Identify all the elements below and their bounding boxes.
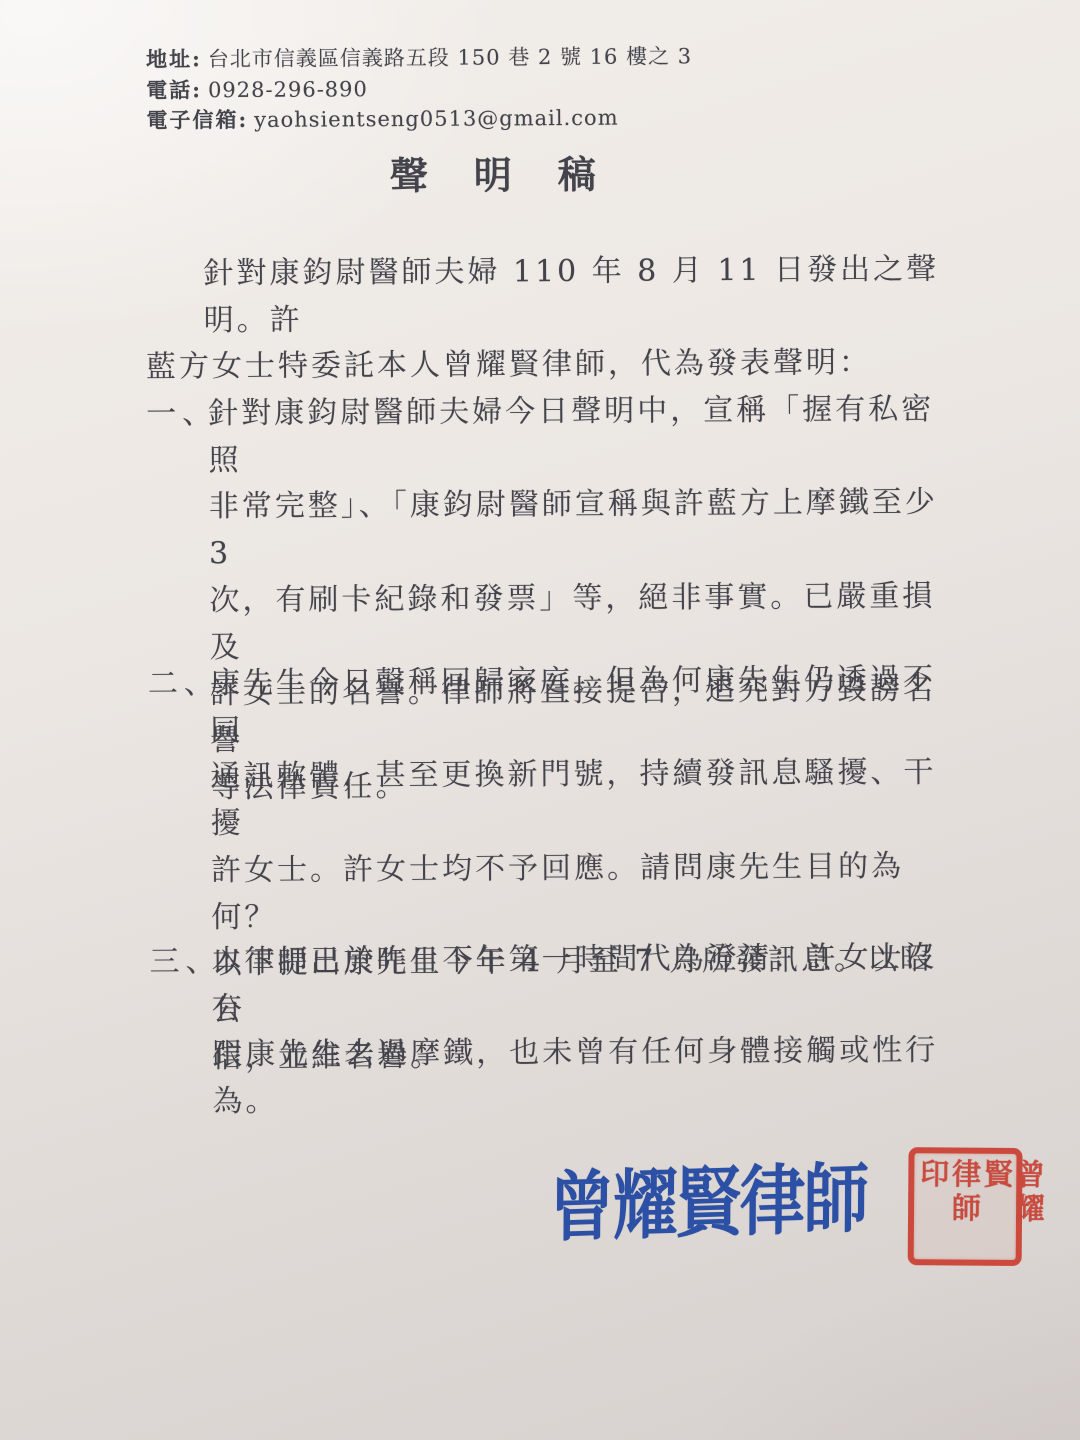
- email-value: yaohsientseng0513@gmail.com: [248, 106, 618, 132]
- phone-line: 電話:0928-296-890: [146, 72, 692, 106]
- address-value: 台北市信義區信義路五段 150 巷 2 號 16 樓之 3: [202, 44, 692, 71]
- item-3-line-2: 跟康先生去過摩鐵，也未曾有任何身體接觸或性行為。: [212, 1028, 951, 1126]
- item-2-line-1: 康先生今日聲稱回歸家庭。但為何康先生仍透過不同: [210, 657, 949, 755]
- address-line: 地址:台北市信義區信義路五段 150 巷 2 號 16 樓之 3: [146, 41, 692, 75]
- phone-label: 電話:: [146, 77, 202, 102]
- letterhead: 地址:台北市信義區信義路五段 150 巷 2 號 16 樓之 3 電話:0928…: [146, 41, 693, 136]
- item-2-line-2: 通訊軟體，甚至更換新門號，持續發訊息騷擾、干擾: [210, 750, 949, 848]
- item-2-marker: 二、: [148, 661, 210, 708]
- email-label: 電子信箱:: [146, 107, 248, 133]
- item-3-text: 本律師已於昨日下午第一時間代為澄清：許女士沒有 跟康先生去過摩鐵，也未曾有任何身…: [211, 935, 950, 1126]
- email-line: 電子信箱:yaohsientseng0513@gmail.com: [146, 102, 692, 136]
- intro-line-2: 藍方女士特委託本人曾耀賢律師，代為發表聲明：: [146, 340, 942, 392]
- document-photo: 地址:台北市信義區信義路五段 150 巷 2 號 16 樓之 3 電話:0928…: [0, 0, 1080, 1440]
- statement-item-3: 三、 本律師已於昨日下午第一時間代為澄清：許女士沒有 跟康先生去過摩鐵，也未曾有…: [149, 935, 950, 1127]
- seal-column-right: 曾耀賢: [980, 1159, 1045, 1255]
- intro-line-1: 針對康鈞尉醫師夫婦 110 年 8 月 11 日發出之聲明。許: [145, 247, 942, 345]
- document-title: 聲 明 稿: [145, 149, 845, 201]
- phone-value: 0928-296-890: [202, 77, 368, 102]
- item-1-line-1: 針對康鈞尉醫師夫婦今日聲明中，宣稱「握有私密照: [208, 387, 947, 485]
- statement-document: 地址:台北市信義區信義路五段 150 巷 2 號 16 樓之 3 電話:0928…: [144, 0, 953, 1440]
- seal-column-left: 律師印: [916, 1158, 981, 1254]
- item-3-marker: 三、: [149, 939, 211, 986]
- item-3-line-1: 本律師已於昨日下午第一時間代為澄清：許女士沒有: [211, 935, 950, 1033]
- item-2-line-3: 許女士。許女士均不予回應。請問康先生目的為何？: [211, 843, 950, 941]
- lawyer-signature: 曾耀賢律師: [549, 1148, 868, 1258]
- item-1-marker: 一、: [146, 391, 208, 438]
- address-label: 地址:: [146, 46, 202, 71]
- item-1-line-2: 非常完整」、「康鈞尉醫師宣稱與許藍方上摩鐵至少 3: [209, 480, 948, 578]
- intro-paragraph: 針對康鈞尉醫師夫婦 110 年 8 月 11 日發出之聲明。許 藍方女士特委託本…: [145, 247, 942, 392]
- lawyer-seal-stamp: 曾耀賢 律師印: [908, 1147, 1023, 1266]
